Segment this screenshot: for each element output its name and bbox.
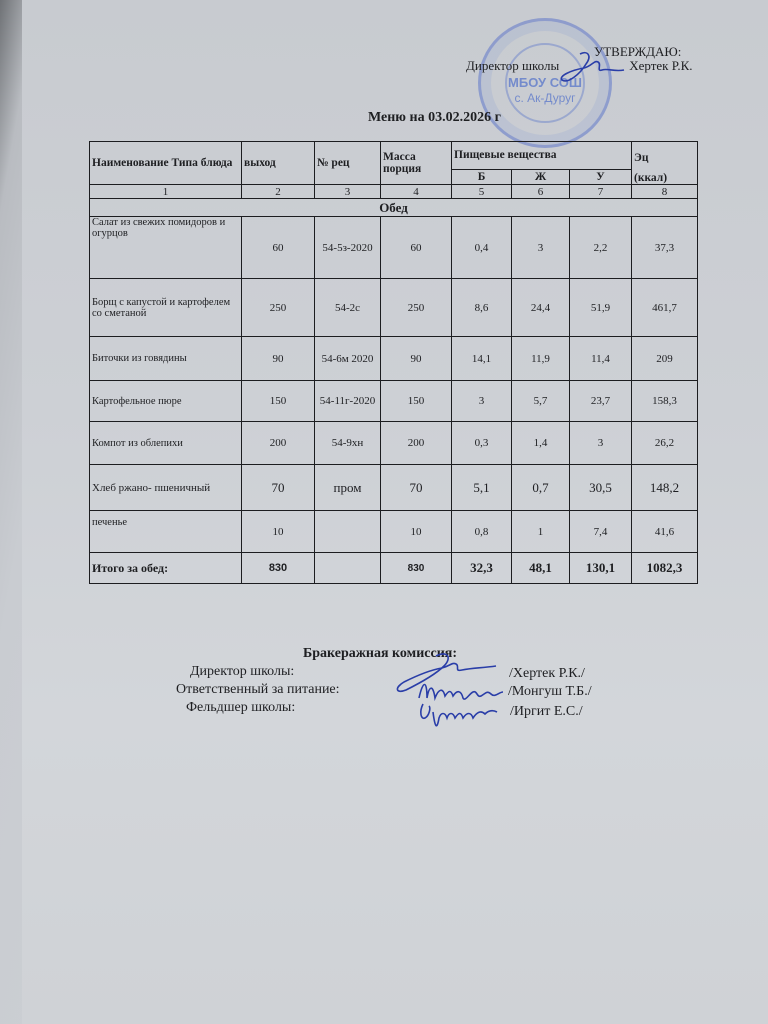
header-nutrients: Пищевые вещества <box>452 142 632 170</box>
column-numbers-row: 1 2 3 4 5 6 7 8 <box>90 185 698 199</box>
colnum: 6 <box>512 185 570 199</box>
protein: 0,3 <box>452 422 512 465</box>
yield: 200 <box>242 422 315 465</box>
total-kcal: 1082,3 <box>632 553 698 584</box>
total-row: Итого за обед: 830 830 32,3 48,1 130,1 1… <box>90 553 698 584</box>
commission-name: /Хертек Р.К./ <box>509 666 585 682</box>
header-energy-unit: (ккал) <box>634 172 695 184</box>
protein: 0,8 <box>452 511 512 553</box>
total-label: Итого за обед: <box>90 553 242 584</box>
kcal: 41,6 <box>632 511 698 553</box>
total-yield: 830 <box>242 553 315 584</box>
yield: 10 <box>242 511 315 553</box>
commission-heading: Бракеражная комиссия: <box>303 646 457 662</box>
mass: 70 <box>381 465 452 511</box>
mass: 250 <box>381 279 452 337</box>
recipe: 54-6м 2020 <box>315 337 381 381</box>
recipe: 54-5з-2020 <box>315 217 381 279</box>
carbs: 11,4 <box>570 337 632 381</box>
recipe <box>315 511 381 553</box>
fat: 1,4 <box>512 422 570 465</box>
dish-name: Хлеб ржано- пшеничный <box>90 465 242 511</box>
kcal: 461,7 <box>632 279 698 337</box>
protein: 5,1 <box>452 465 512 511</box>
header-fat: Ж <box>512 169 570 184</box>
protein: 0,4 <box>452 217 512 279</box>
total-mass: 830 <box>381 553 452 584</box>
carbs: 3 <box>570 422 632 465</box>
colnum: 7 <box>570 185 632 199</box>
table-row: Компот из облепихи 200 54-9хн 200 0,3 1,… <box>90 422 698 465</box>
mass: 150 <box>381 381 452 422</box>
header-energy-label: Эц <box>634 152 695 164</box>
kcal: 148,2 <box>632 465 698 511</box>
page-title: Меню на 03.02.2026 г <box>368 110 501 126</box>
fat: 5,7 <box>512 381 570 422</box>
commission-role: Фельдшер школы: <box>186 700 295 716</box>
table-row: печенье 10 10 0,8 1 7,4 41,6 <box>90 511 698 553</box>
colnum: 5 <box>452 185 512 199</box>
table-row: Картофельное пюре 150 54-11г-2020 150 3 … <box>90 381 698 422</box>
section-title: Обед <box>90 199 698 217</box>
yield: 70 <box>242 465 315 511</box>
header-yield: выход <box>242 142 315 185</box>
mass: 200 <box>381 422 452 465</box>
recipe: 54-9хн <box>315 422 381 465</box>
colnum: 8 <box>632 185 698 199</box>
colnum: 2 <box>242 185 315 199</box>
fat: 11,9 <box>512 337 570 381</box>
header-mass: Масса порция <box>381 142 452 185</box>
total-carbs: 130,1 <box>570 553 632 584</box>
recipe: 54-2с <box>315 279 381 337</box>
header-dish: Наименование Типа блюда <box>90 142 242 185</box>
protein: 14,1 <box>452 337 512 381</box>
mass: 60 <box>381 217 452 279</box>
total-protein: 32,3 <box>452 553 512 584</box>
protein: 8,6 <box>452 279 512 337</box>
table-row: Салат из свежих помидоров и огурцов 60 5… <box>90 217 698 279</box>
dish-name: Борщ с капустой и картофелем со сметаной <box>90 279 242 337</box>
colnum: 3 <box>315 185 381 199</box>
total-fat: 48,1 <box>512 553 570 584</box>
recipe: пром <box>315 465 381 511</box>
dish-name: Картофельное пюре <box>90 381 242 422</box>
kcal: 26,2 <box>632 422 698 465</box>
table-row: Биточки из говядины 90 54-6м 2020 90 14,… <box>90 337 698 381</box>
approve-signer: Директор школыХертек Р.К. <box>466 58 693 74</box>
dish-name: Компот из облепихи <box>90 422 242 465</box>
header-carbs: У <box>570 169 632 184</box>
fat: 24,4 <box>512 279 570 337</box>
fat: 0,7 <box>512 465 570 511</box>
mass: 10 <box>381 511 452 553</box>
carbs: 30,5 <box>570 465 632 511</box>
menu-table: Наименование Типа блюда выход № рец Масс… <box>89 141 698 584</box>
fat: 1 <box>512 511 570 553</box>
kcal: 37,3 <box>632 217 698 279</box>
recipe: 54-11г-2020 <box>315 381 381 422</box>
header-energy: Эц (ккал) <box>632 142 698 185</box>
dish-name: Салат из свежих помидоров и огурцов <box>90 217 242 279</box>
yield: 60 <box>242 217 315 279</box>
carbs: 23,7 <box>570 381 632 422</box>
approve-position: Директор школы <box>466 58 559 73</box>
school-stamp: МБОУ СОШ с. Ак-Дуруг <box>478 18 612 148</box>
yield: 150 <box>242 381 315 422</box>
colnum: 1 <box>90 185 242 199</box>
commission-name: /Монгуш Т.Б./ <box>508 684 592 700</box>
stamp-locality: с. Ак-Дуруг <box>505 91 585 105</box>
commission-name: /Иргит Е.С./ <box>510 704 583 720</box>
carbs: 2,2 <box>570 217 632 279</box>
yield: 90 <box>242 337 315 381</box>
dish-name: печенье <box>90 511 242 553</box>
stamp-org: МБОУ СОШ <box>505 75 585 90</box>
carbs: 7,4 <box>570 511 632 553</box>
kcal: 209 <box>632 337 698 381</box>
protein: 3 <box>452 381 512 422</box>
header-recipe: № рец <box>315 142 381 185</box>
table-row: Хлеб ржано- пшеничный 70 пром 70 5,1 0,7… <box>90 465 698 511</box>
carbs: 51,9 <box>570 279 632 337</box>
dish-name: Биточки из говядины <box>90 337 242 381</box>
table-row: Борщ с капустой и картофелем со сметаной… <box>90 279 698 337</box>
commission-role: Директор школы: <box>190 664 294 680</box>
kcal: 158,3 <box>632 381 698 422</box>
header-protein: Б <box>452 169 512 184</box>
mass: 90 <box>381 337 452 381</box>
commission-role: Ответственный за питание: <box>176 682 340 698</box>
yield: 250 <box>242 279 315 337</box>
approve-name: Хертек Р.К. <box>629 58 692 73</box>
total-recipe <box>315 553 381 584</box>
fat: 3 <box>512 217 570 279</box>
colnum: 4 <box>381 185 452 199</box>
